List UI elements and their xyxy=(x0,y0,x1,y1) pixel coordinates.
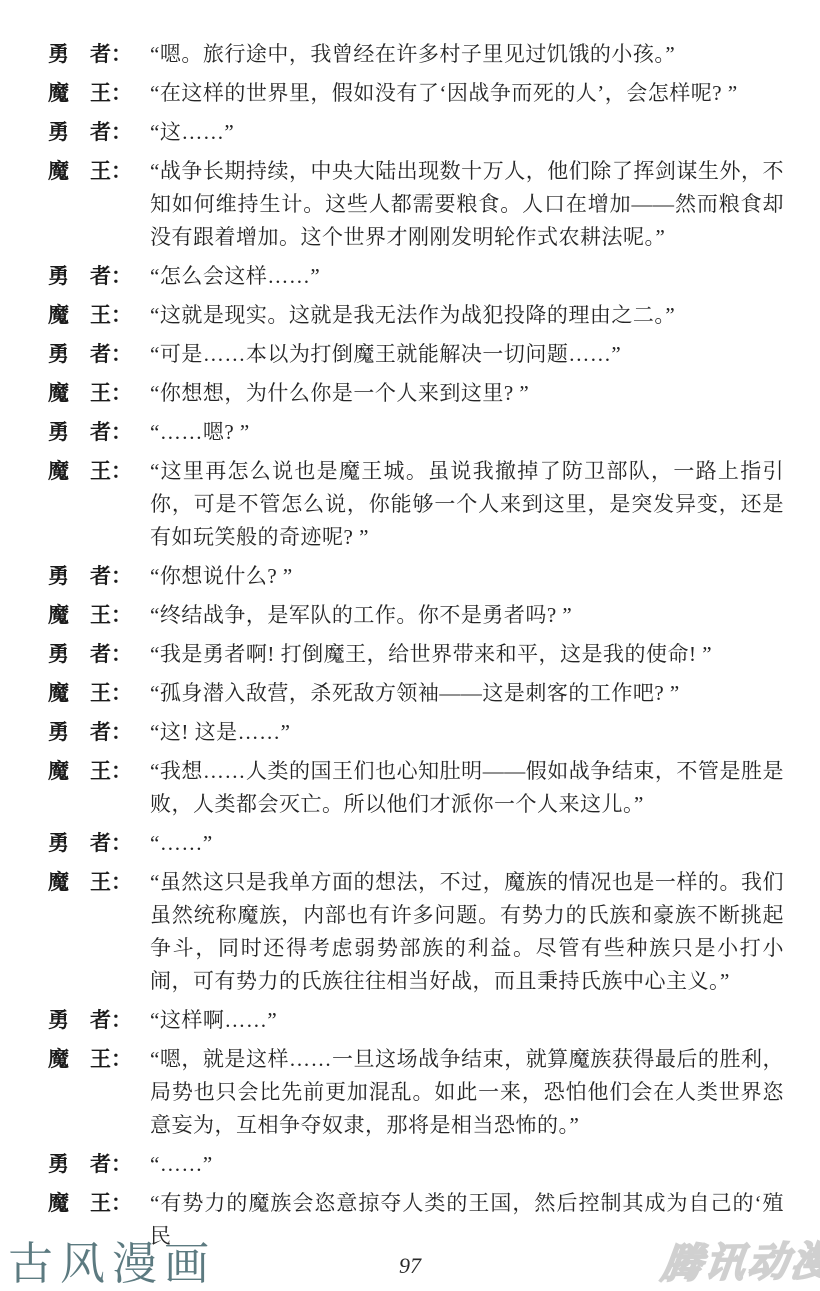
dialogue-entry: 勇 者： “……” xyxy=(48,827,784,860)
dialogue-entry: 魔 王： “你想想，为什么你是一个人来到这里? ” xyxy=(48,377,784,410)
dialogue-entry: 勇 者： “怎么会这样……” xyxy=(48,260,784,293)
dialogue-list: 勇 者： “嗯。旅行途中，我曾经在许多村子里见过饥饿的小孩。” 魔 王： “在这… xyxy=(48,38,784,1253)
page-number: 97 xyxy=(370,1253,450,1279)
speaker-label: 勇 者： xyxy=(48,638,150,671)
dialogue-entry: 勇 者： “……” xyxy=(48,1148,784,1181)
dialogue-entry: 勇 者： “这……” xyxy=(48,116,784,149)
dialogue-text: “……” xyxy=(150,1148,784,1181)
dialogue-text: “这! 这是……” xyxy=(150,716,784,749)
dialogue-text: “这里再怎么说也是魔王城。虽说我撤掉了防卫部队，一路上指引你，可是不管怎么说，你… xyxy=(150,455,784,554)
dialogue-text: “嗯，就是这样……一旦这场战争结束，就算魔族获得最后的胜利，局势也只会比先前更加… xyxy=(150,1043,784,1142)
dialogue-text: “孤身潜入敌营，杀死敌方领袖——这是刺客的工作吧? ” xyxy=(150,677,784,710)
dialogue-text: “终结战争，是军队的工作。你不是勇者吗? ” xyxy=(150,599,784,632)
speaker-label: 勇 者： xyxy=(48,260,150,293)
dialogue-text: “……” xyxy=(150,827,784,860)
dialogue-text: “在这样的世界里，假如没有了‘因战争而死的人’，会怎样呢? ” xyxy=(150,77,784,110)
speaker-label: 魔 王： xyxy=(48,77,150,110)
speaker-label: 勇 者： xyxy=(48,416,150,449)
dialogue-entry: 魔 王： “嗯，就是这样……一旦这场战争结束，就算魔族获得最后的胜利，局势也只会… xyxy=(48,1043,784,1142)
novel-page: 勇 者： “嗯。旅行途中，我曾经在许多村子里见过饥饿的小孩。” 魔 王： “在这… xyxy=(0,0,820,1291)
speaker-label: 魔 王： xyxy=(48,866,150,899)
dialogue-text: “这……” xyxy=(150,116,784,149)
speaker-label: 魔 王： xyxy=(48,677,150,710)
dialogue-entry: 勇 者： “你想说什么? ” xyxy=(48,560,784,593)
dialogue-entry: 魔 王： “孤身潜入敌营，杀死敌方领袖——这是刺客的工作吧? ” xyxy=(48,677,784,710)
speaker-label: 勇 者： xyxy=(48,716,150,749)
speaker-label: 勇 者： xyxy=(48,1148,150,1181)
dialogue-entry: 魔 王： “战争长期持续，中央大陆出现数十万人，他们除了挥剑谋生外，不知如何维持… xyxy=(48,155,784,254)
speaker-label: 魔 王： xyxy=(48,155,150,188)
dialogue-text: “虽然这只是我单方面的想法，不过，魔族的情况也是一样的。我们虽然统称魔族，内部也… xyxy=(150,866,784,998)
dialogue-text: “嗯。旅行途中，我曾经在许多村子里见过饥饿的小孩。” xyxy=(150,38,784,71)
speaker-label: 勇 者： xyxy=(48,827,150,860)
dialogue-entry: 勇 者： “这样啊……” xyxy=(48,1004,784,1037)
dialogue-text: “这样啊……” xyxy=(150,1004,784,1037)
dialogue-entry: 勇 者： “……嗯? ” xyxy=(48,416,784,449)
dialogue-entry: 勇 者： “这! 这是……” xyxy=(48,716,784,749)
speaker-label: 勇 者： xyxy=(48,116,150,149)
speaker-label: 勇 者： xyxy=(48,38,150,71)
speaker-label: 魔 王： xyxy=(48,1043,150,1076)
dialogue-text: “战争长期持续，中央大陆出现数十万人，他们除了挥剑谋生外，不知如何维持生计。这些… xyxy=(150,155,784,254)
dialogue-entry: 魔 王： “这里再怎么说也是魔王城。虽说我撤掉了防卫部队，一路上指引你，可是不管… xyxy=(48,455,784,554)
watermark-tencent-comics: 腾讯动漫 xyxy=(659,1242,820,1285)
speaker-label: 勇 者： xyxy=(48,560,150,593)
speaker-label: 魔 王： xyxy=(48,455,150,488)
dialogue-text: “可是……本以为打倒魔王就能解决一切问题……” xyxy=(150,338,784,371)
dialogue-entry: 勇 者： “可是……本以为打倒魔王就能解决一切问题……” xyxy=(48,338,784,371)
dialogue-text: “……嗯? ” xyxy=(150,416,784,449)
dialogue-text: “怎么会这样……” xyxy=(150,260,784,293)
watermark-gufeng-manhua: 古风漫画 xyxy=(8,1242,216,1287)
dialogue-text: “我想……人类的国王们也心知肚明——假如战争结束，不管是胜是败，人类都会灭亡。所… xyxy=(150,755,784,821)
dialogue-text: “这就是现实。这就是我无法作为战犯投降的理由之二。” xyxy=(150,299,784,332)
dialogue-entry: 魔 王： “这就是现实。这就是我无法作为战犯投降的理由之二。” xyxy=(48,299,784,332)
speaker-label: 勇 者： xyxy=(48,338,150,371)
dialogue-entry: 勇 者： “我是勇者啊! 打倒魔王，给世界带来和平，这是我的使命! ” xyxy=(48,638,784,671)
dialogue-entry: 勇 者： “嗯。旅行途中，我曾经在许多村子里见过饥饿的小孩。” xyxy=(48,38,784,71)
dialogue-entry: 魔 王： “虽然这只是我单方面的想法，不过，魔族的情况也是一样的。我们虽然统称魔… xyxy=(48,866,784,998)
speaker-label: 魔 王： xyxy=(48,377,150,410)
dialogue-entry: 魔 王： “我想……人类的国王们也心知肚明——假如战争结束，不管是胜是败，人类都… xyxy=(48,755,784,821)
dialogue-entry: 魔 王： “终结战争，是军队的工作。你不是勇者吗? ” xyxy=(48,599,784,632)
speaker-label: 勇 者： xyxy=(48,1004,150,1037)
dialogue-text: “你想说什么? ” xyxy=(150,560,784,593)
speaker-label: 魔 王： xyxy=(48,1187,150,1220)
dialogue-text: “我是勇者啊! 打倒魔王，给世界带来和平，这是我的使命! ” xyxy=(150,638,784,671)
dialogue-text: “你想想，为什么你是一个人来到这里? ” xyxy=(150,377,784,410)
speaker-label: 魔 王： xyxy=(48,299,150,332)
dialogue-entry: 魔 王： “在这样的世界里，假如没有了‘因战争而死的人’，会怎样呢? ” xyxy=(48,77,784,110)
speaker-label: 魔 王： xyxy=(48,755,150,788)
speaker-label: 魔 王： xyxy=(48,599,150,632)
